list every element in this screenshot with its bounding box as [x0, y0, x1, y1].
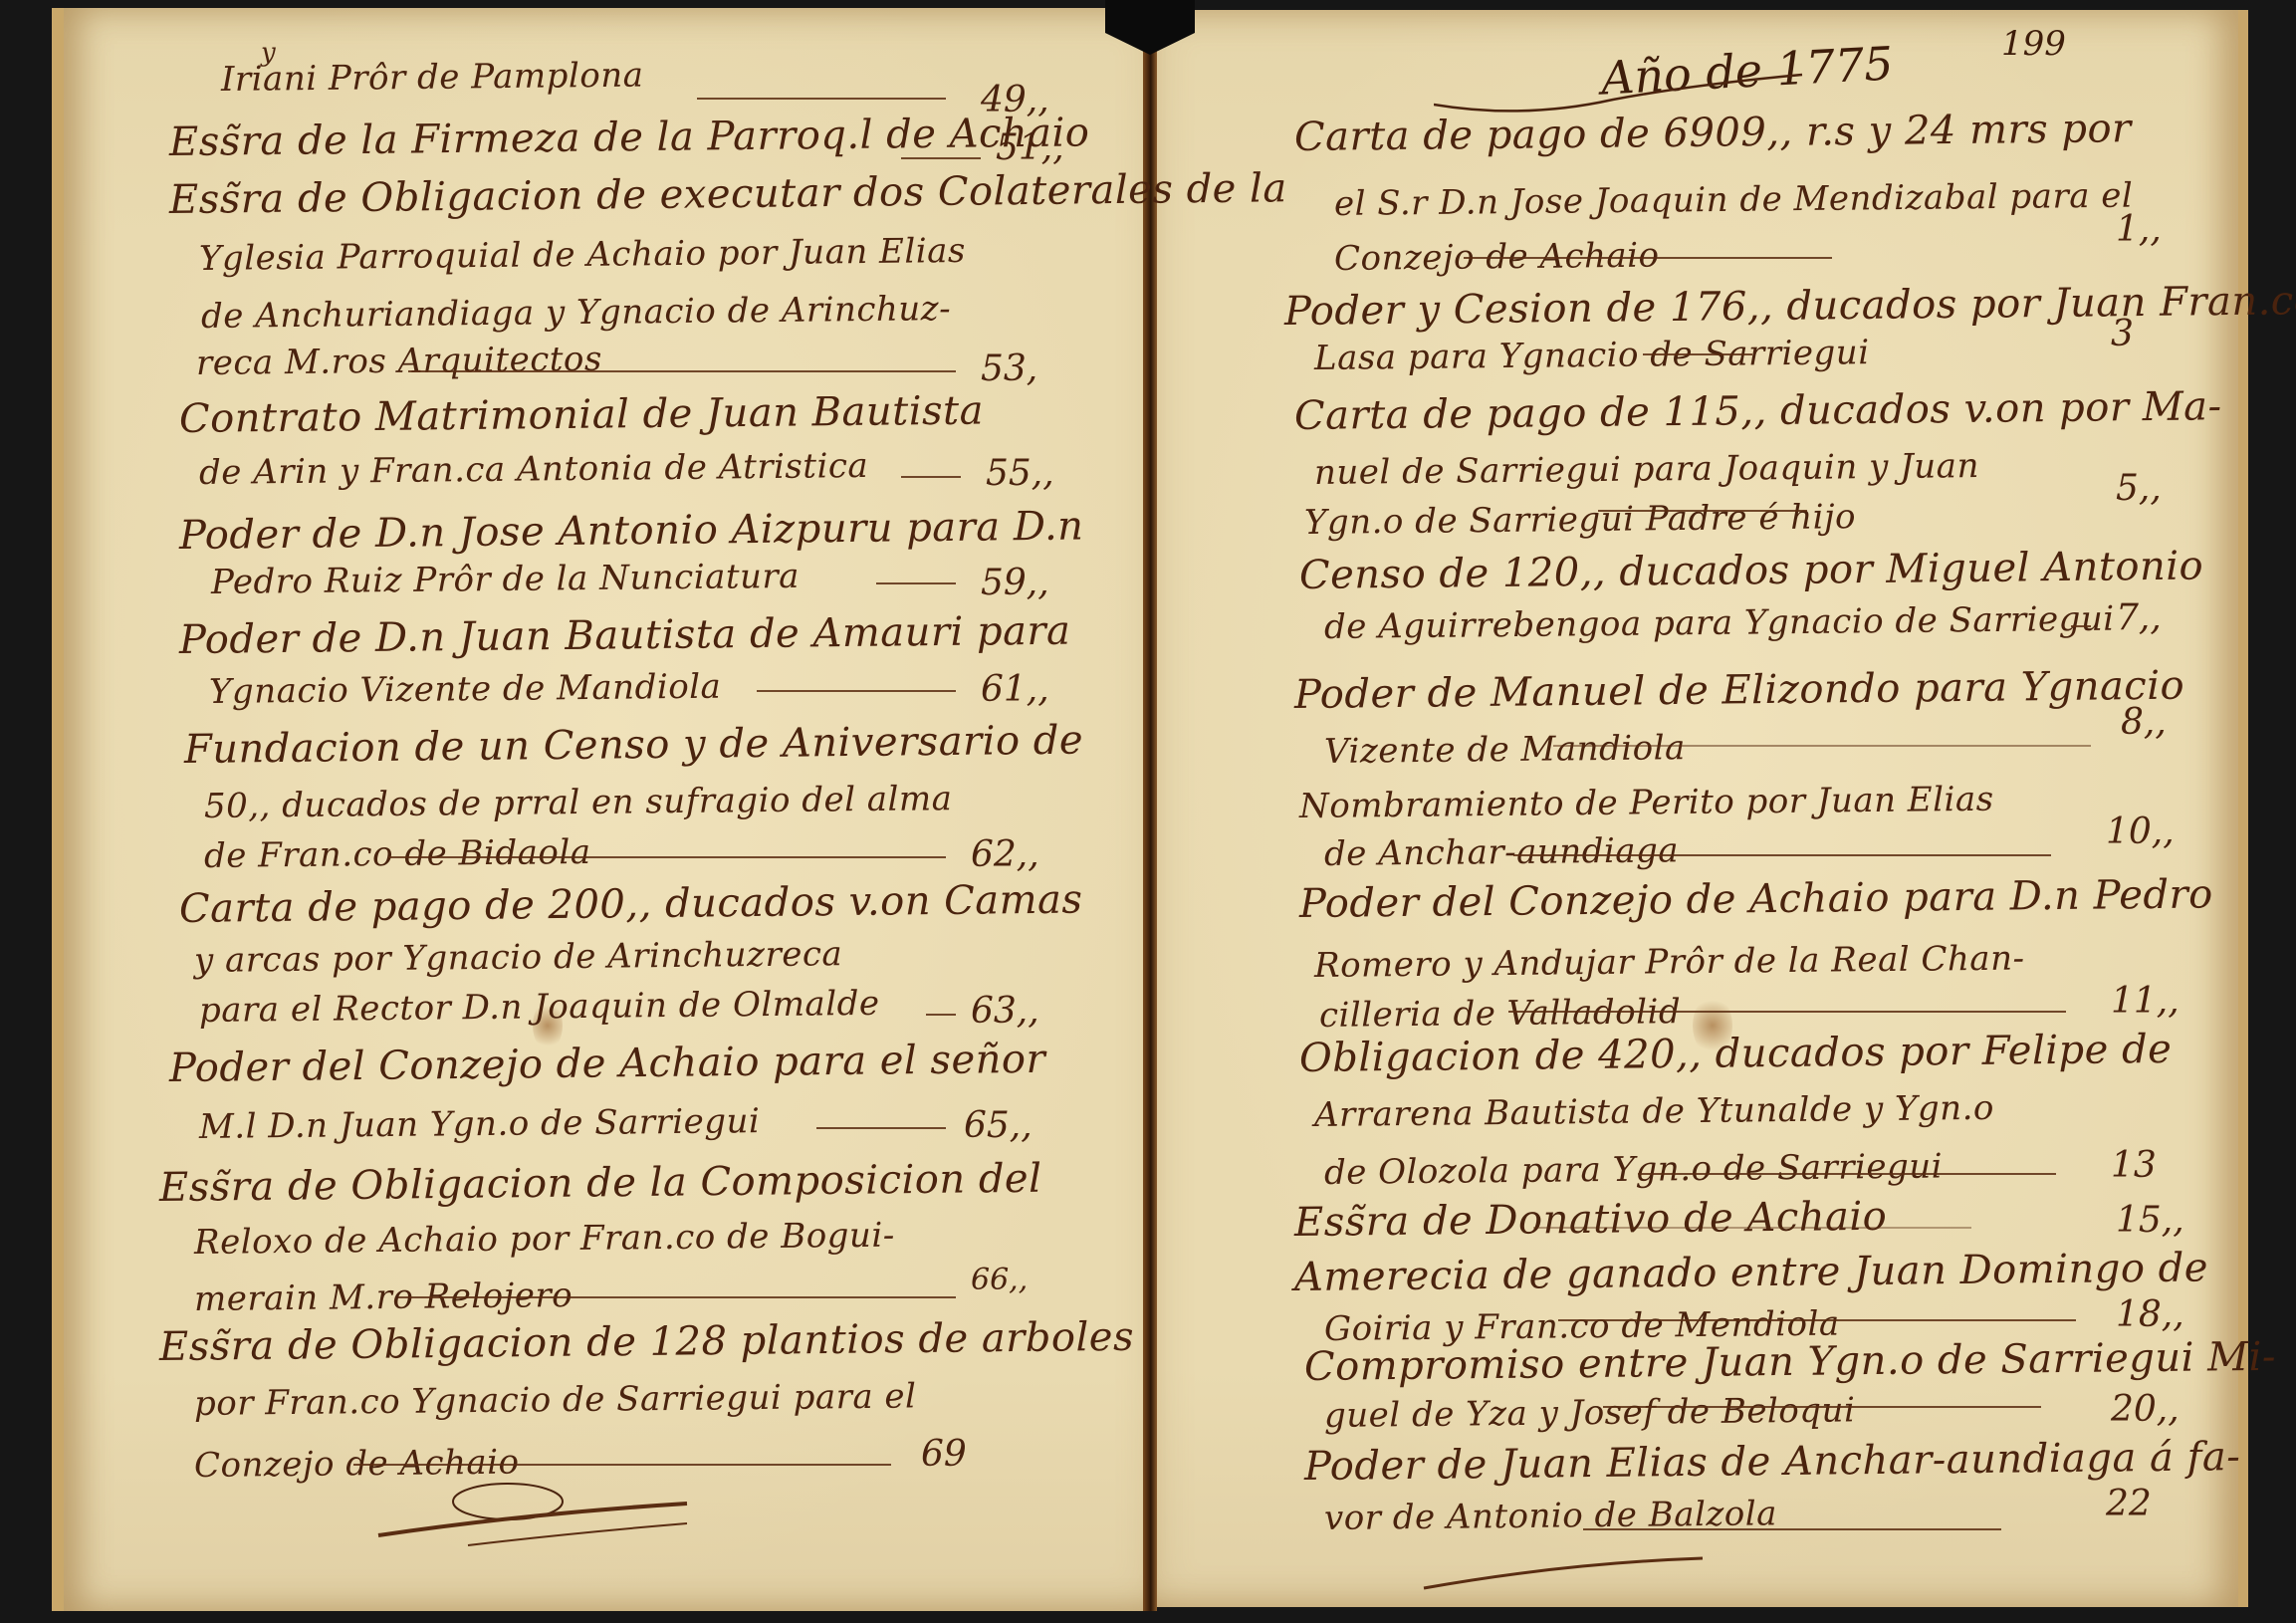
folio-number: 11,,	[2111, 981, 2180, 1022]
folio-number: 10,,	[2106, 811, 2175, 852]
entry-line: Carta de pago de 6909,, r.s y 24 mrs por	[1294, 106, 2132, 160]
folio-number: 5,,	[2116, 468, 2162, 509]
leader-rule	[1533, 1227, 1971, 1229]
entry-line: Nombramiento de Perito por Juan Elias	[1299, 780, 1994, 826]
leader-rule	[353, 1464, 891, 1466]
open-manuscript-book: 199 Año de 1775 y Iriani Prôr de Pamplo…	[0, 0, 2296, 1623]
folio-number: 13	[2111, 1145, 2157, 1186]
entry-line: Ess̃ra de Obligacion de executar dos Col…	[169, 165, 1287, 223]
entry-line: Ess̃ra de Obligacion de la Composicion d…	[159, 1156, 1042, 1211]
leader-rule	[1643, 353, 1752, 355]
entry-line: Poder del Conzejo de Achaio para el seño…	[169, 1037, 1046, 1091]
folio-number: 69	[921, 1434, 967, 1475]
folio-number: 66,,	[971, 1263, 1028, 1297]
entry-line: Romero y Andujar Prôr de la Real Chan-	[1314, 939, 2025, 986]
entry-line: Carta de pago de 200,, ducados v.on Cama…	[179, 876, 1083, 932]
folio-number: 1,,	[2116, 209, 2162, 250]
folio-number: 59,,	[981, 563, 1049, 603]
entry-line: Arrarena Bautista de Ytunalde y Ygn.o	[1314, 1088, 1994, 1135]
folio-number: 7,,	[2116, 597, 2162, 638]
entry-line: Contrato Matrimonial de Juan Bautista	[179, 388, 984, 442]
leader-rule	[901, 476, 961, 478]
leader-rule	[816, 1127, 946, 1129]
entry-line: Lasa para Ygnacio de Sarriegui	[1314, 333, 1870, 378]
entry-line: Obligacion de 420,, ducados por Felipe d…	[1299, 1027, 2173, 1081]
leader-rule	[2071, 625, 2091, 627]
leader-rule	[1598, 510, 1807, 512]
leader-rule	[926, 1014, 956, 1016]
entry-line: M.l D.n Juan Ygn.o de Sarriegui	[199, 1101, 761, 1147]
leader-rule	[1638, 1173, 2056, 1175]
entry-line: de Arin y Fran.ca Antonia de Atristica	[199, 446, 869, 493]
leader-rule	[1464, 257, 1832, 259]
entry-line: 50,, ducados de prral en sufragio del al…	[204, 779, 953, 826]
folio-number: 61,,	[981, 669, 1049, 710]
folio-number: 62,,	[971, 834, 1039, 875]
entry-line: para el Rector D.n Joaquin de Olmalde	[199, 984, 880, 1031]
entry-line: Ess̃ra de Obligacion de 128 plantios de …	[159, 1314, 1134, 1370]
entry-line: Poder de Manuel de Elizondo para Ygnacio	[1294, 663, 2185, 718]
entry-line: el S.r D.n Jose Joaquin de Mendizabal pa…	[1334, 176, 2134, 224]
entry-line: guel de Yza y Josef de Beloqui	[1324, 1390, 1856, 1436]
leader-rule	[901, 157, 981, 159]
entry-line: por Fran.co Ygnacio de Sarriegui para el	[194, 1376, 917, 1424]
leader-rule	[1553, 745, 2091, 747]
leader-rule	[1513, 854, 2051, 856]
entry-line: de Anchuriandiaga y Ygnacio de Arinchuz-	[201, 289, 952, 337]
index-entries: y Iriani Prôr de Pamplona 49,, Ess̃ra d…	[0, 0, 2296, 1623]
entry-line: Censo de 120,, ducados por Miguel Antoni…	[1299, 543, 2204, 598]
folio-number: 65,,	[964, 1105, 1033, 1146]
folio-number: 22	[2106, 1484, 2152, 1524]
folio-number: 53,	[981, 348, 1037, 389]
entry-line: Pedro Ruiz Prôr de la Nunciatura	[211, 557, 800, 602]
entry-line: Ygnacio Vizente de Mandiola	[209, 667, 722, 712]
entry-line: Ess̃ra de Donativo de Achaio	[1294, 1194, 1888, 1246]
entry-line: Yglesia Parroquial de Achaio por Juan El…	[199, 231, 966, 279]
closing-flourish	[368, 1474, 697, 1553]
entry-line: Reloxo de Achaio por Fran.co de Bogui-	[194, 1216, 895, 1263]
leader-rule	[408, 370, 956, 372]
entry-line: vor de Antonio de Balzola	[1324, 1494, 1777, 1538]
entry-line: nuel de Sarriegui para Joaquin y Juan	[1314, 446, 1979, 493]
leader-rule	[876, 582, 956, 584]
leader-rule	[388, 856, 946, 858]
leader-rule	[1558, 1319, 2076, 1321]
entry-line: cilleria de Valladolid	[1319, 992, 1682, 1036]
folio-number: 3	[2111, 314, 2134, 354]
entry-line: Poder de Juan Elias de Anchar-aundiaga á…	[1304, 1434, 2241, 1490]
closing-flourish	[1414, 1548, 1713, 1598]
folio-number: 55,,	[986, 453, 1054, 494]
entry-line: Poder de D.n Jose Antonio Aizpuru para D…	[179, 503, 1084, 559]
folio-number: 18,,	[2116, 1294, 2184, 1335]
entry-line: de Anchar-aundiaga	[1324, 830, 1680, 874]
leader-rule	[1583, 1528, 2001, 1530]
folio-number: 63,,	[971, 991, 1039, 1032]
leader-rule	[1603, 1406, 2041, 1408]
entry-line: de Fran.co de Bidaola	[204, 832, 591, 876]
entry-line: Poder del Conzejo de Achaio para D.n Ped…	[1299, 871, 2213, 927]
entry-line: Amerecia de ganado entre Juan Domingo de	[1294, 1245, 2208, 1300]
folio-number: 20,,	[2111, 1389, 2180, 1430]
leader-rule	[398, 1296, 956, 1298]
entry-line: de Olozola para Ygn.o de Sarriegui	[1324, 1146, 1943, 1193]
entry-line: Poder de D.n Juan Bautista de Amauri par…	[179, 608, 1071, 663]
entry-line: reca M.ros Arquitectos	[196, 340, 602, 383]
entry-line: Vizente de Mandiola	[1324, 728, 1686, 772]
folio-number: 15,,	[2116, 1200, 2184, 1241]
entry-line: Fundacion de un Censo y de Aniversario d…	[184, 718, 1084, 773]
entry-line: de Aguirrebengoa para Ygnacio de Sarrieg…	[1324, 599, 2115, 647]
leader-rule	[1508, 1011, 2066, 1013]
entry-line: y arcas por Ygnacio de Arinchuzreca	[194, 934, 843, 981]
entry-line: Poder y Cesion de 176,, ducados por Juan…	[1284, 277, 2296, 335]
entry-line: Carta de pago de 115,, ducados v.on por …	[1294, 383, 2222, 439]
folio-number: 51,,	[996, 127, 1064, 168]
folio-number: 8,,	[2121, 702, 2167, 743]
leader-rule	[697, 98, 946, 100]
entry-line: Iriani Prôr de Pamplona	[221, 56, 644, 100]
entry-line: Ygn.o de Sarriegui Padre é hijo	[1304, 497, 1856, 543]
entry-line: Compromiso entre Juan Ygn.o de Sarriegui…	[1304, 1334, 2276, 1390]
leader-rule	[757, 690, 956, 692]
